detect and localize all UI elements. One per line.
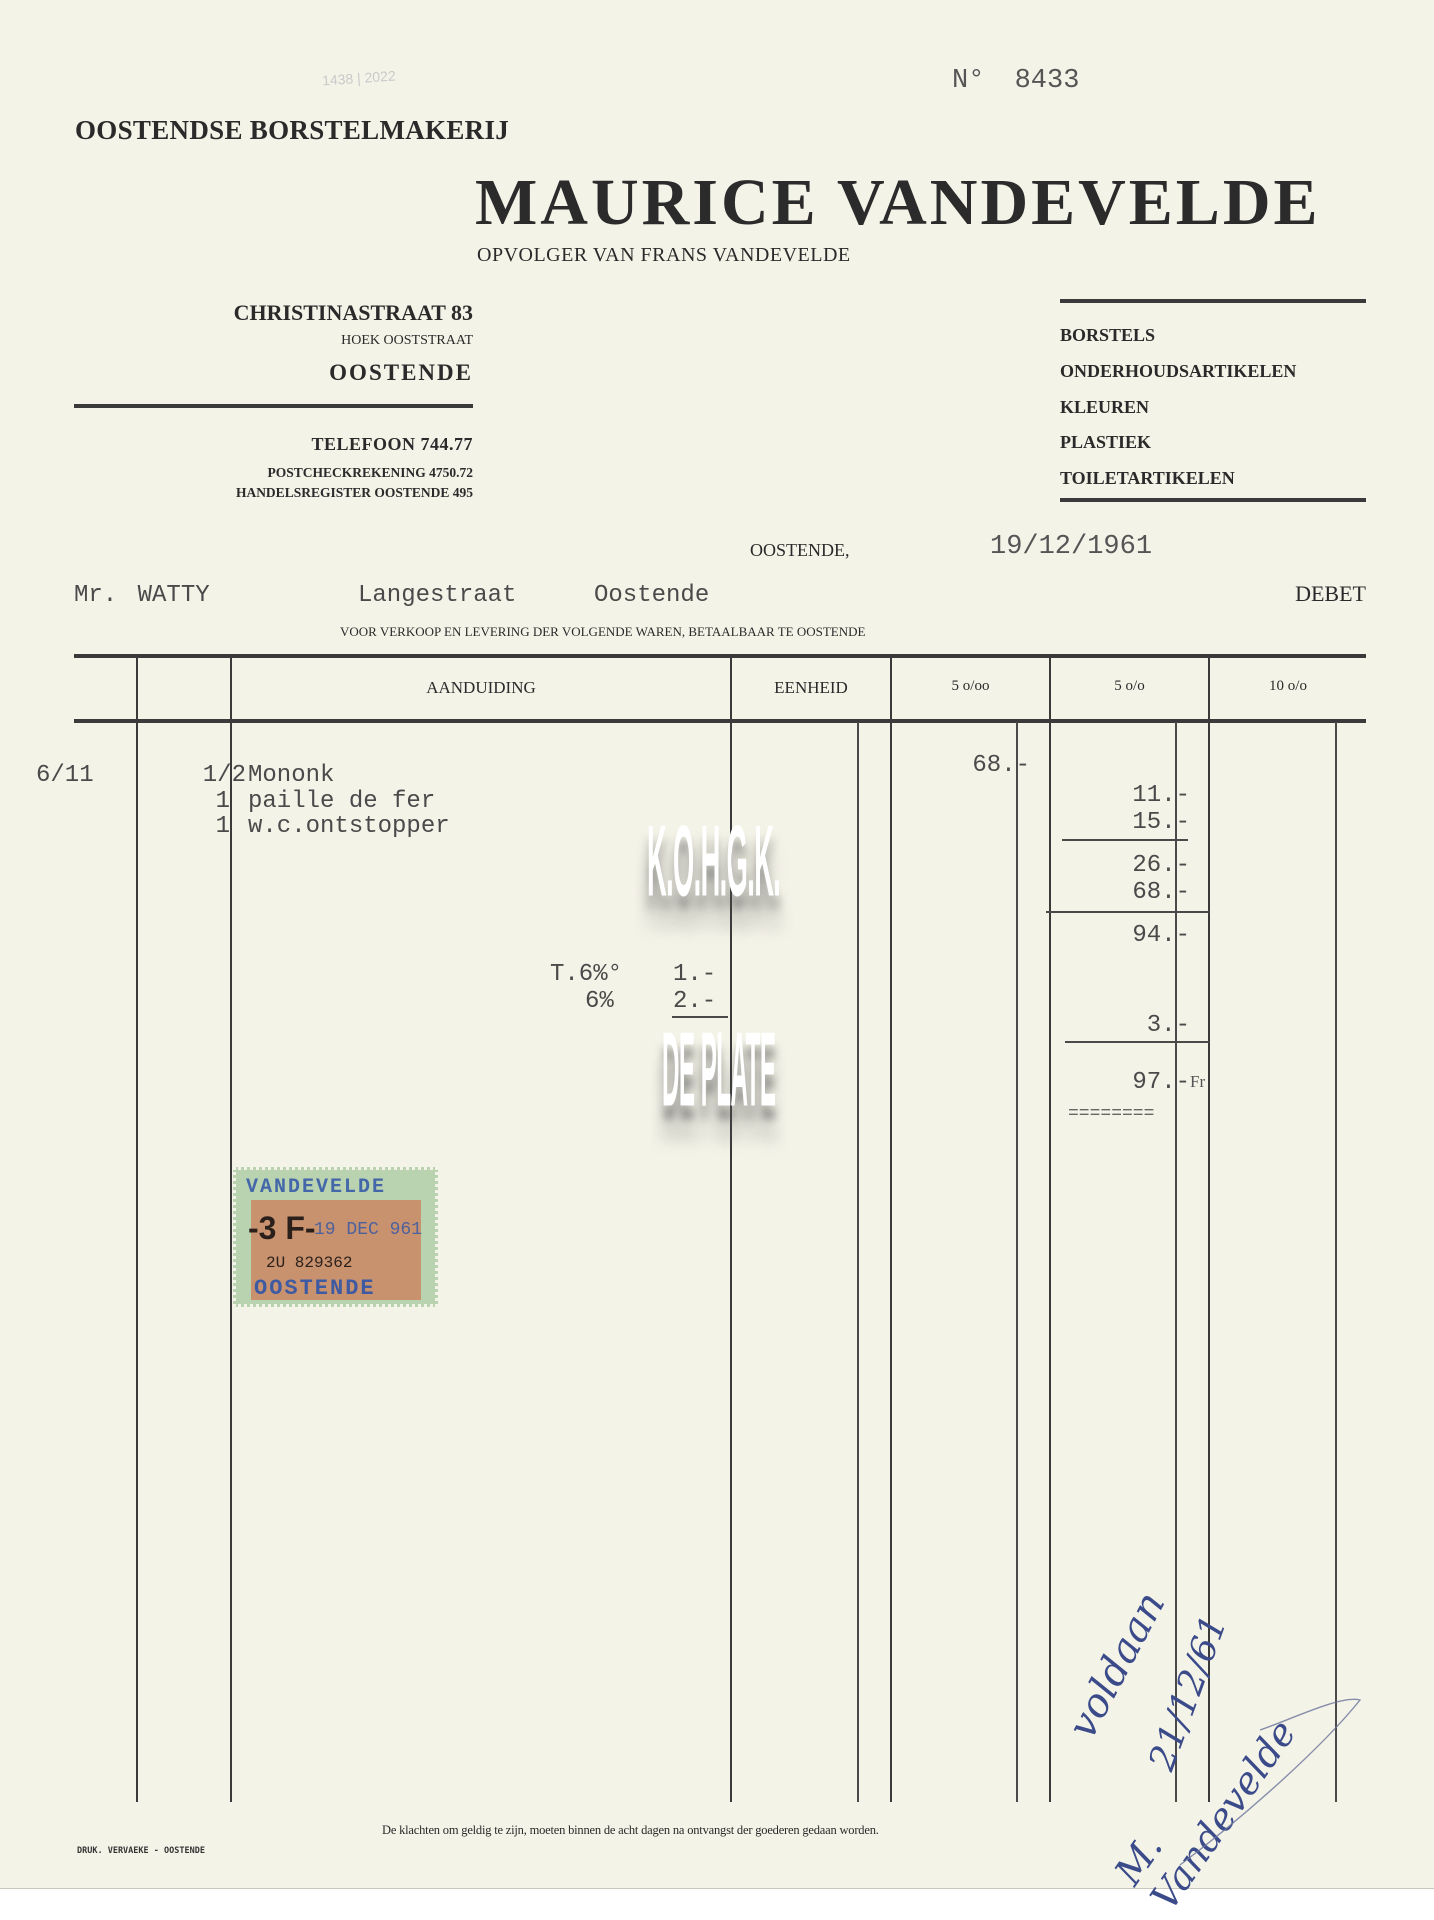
successor-line: OPVOLGER VAN FRANS VANDEVELDE xyxy=(477,244,851,267)
column-divider xyxy=(136,656,138,1802)
invoice-date: 19/12/1961 xyxy=(990,532,1152,562)
tax-total: 3.- xyxy=(1060,1012,1190,1039)
cents-divider xyxy=(1016,722,1018,1802)
customer-line: Mr. WATTY xyxy=(74,582,210,609)
header-aanduiding: AANDUIDING xyxy=(232,678,730,698)
double-rule: ======== xyxy=(1068,1104,1154,1124)
product-lines: BORSTELS ONDERHOUDSARTIKELEN KLEUREN PLA… xyxy=(1060,318,1296,497)
invoice-number-prefix: N° xyxy=(952,66,984,96)
tax-label: 6% xyxy=(585,988,614,1015)
tax-stamp: VANDEVELDE -3 F- 19 DEC 961 2U 829362 OO… xyxy=(233,1167,438,1307)
column-divider xyxy=(890,656,892,1802)
contact-trade-register: HANDELSREGISTER OOSTENDE 495 xyxy=(73,485,473,501)
table-header-rule xyxy=(74,719,1366,723)
column-divider xyxy=(230,656,232,1802)
item-qty: 1 xyxy=(150,788,230,815)
complaints-note: De klachten om geldig te zijn, moeten bi… xyxy=(382,1823,879,1838)
printer-credit: DRUK. VERVAEKE - OOSTENDE xyxy=(77,1846,205,1856)
debet-label: DEBET xyxy=(1166,581,1366,607)
product-line: ONDERHOUDSARTIKELEN xyxy=(1060,354,1296,390)
carried-amount: 68.- xyxy=(1060,879,1190,906)
amount-5-percent: 15.- xyxy=(1060,809,1190,836)
tax-label: T.6%° xyxy=(550,961,622,988)
signature-flourish xyxy=(1150,1680,1370,1870)
header-eenheid: EENHEID xyxy=(732,678,890,698)
sum-rule xyxy=(1046,911,1209,913)
subtotal-amount: 26.- xyxy=(1060,852,1190,879)
company-tagline: OOSTENDSE BORSTELMAKERIJ xyxy=(75,115,509,146)
table-top-rule xyxy=(74,654,1366,658)
total-before-tax: 94.- xyxy=(1060,922,1190,949)
item-qty: 1/2 xyxy=(150,762,246,789)
item-description: Mononk xyxy=(248,762,334,789)
product-line: KLEUREN xyxy=(1060,390,1296,426)
customer-city: Oostende xyxy=(594,582,709,609)
invoice-number-value: 8433 xyxy=(1015,66,1080,96)
customer-title: Mr. xyxy=(74,582,117,609)
products-top-rule xyxy=(1060,299,1366,303)
watermark-line1: K.O.H.G.K. xyxy=(647,806,780,921)
grand-total-rule xyxy=(1065,1041,1209,1043)
stamp-cancel-city: OOSTENDE xyxy=(254,1276,376,1301)
amount-5-percent: 11.- xyxy=(1060,782,1190,809)
stamp-value: -3 F- xyxy=(248,1210,316,1247)
currency-label: Fr xyxy=(1190,1072,1205,1092)
product-line: BORSTELS xyxy=(1060,318,1296,354)
watermark-line2: DE PLATE xyxy=(662,1012,775,1132)
item-qty: 1 xyxy=(150,813,230,840)
terms-line: VOOR VERKOOP EN LEVERING DER VOLGENDE WA… xyxy=(340,624,865,640)
tax-value: 2.- xyxy=(673,988,716,1015)
invoice-number: N° 8433 xyxy=(952,66,1079,96)
place-label: OOSTENDE, xyxy=(750,540,850,561)
entry-date: 6/11 xyxy=(36,762,94,789)
address-city: OOSTENDE xyxy=(73,360,473,386)
stamp-cancel-top: VANDEVELDE xyxy=(246,1176,386,1199)
address-divider xyxy=(74,404,473,408)
item-description: paille de fer xyxy=(248,788,435,815)
pencil-note: 1438 | 2022 xyxy=(322,67,397,88)
stamp-serial: 2U 829362 xyxy=(266,1254,352,1272)
column-divider xyxy=(1049,656,1051,1802)
amount-5-permille: 68.- xyxy=(900,752,1030,779)
contact-postcheck: POSTCHECKREKENING 4750.72 xyxy=(73,465,473,481)
products-bottom-rule xyxy=(1060,498,1366,502)
tax-value: 1.- xyxy=(673,961,716,988)
stamp-cancel-date: 19 DEC 961 xyxy=(314,1220,422,1240)
header-5-percent: 5 o/o xyxy=(1051,678,1208,695)
invoice-paper: N° 8433 1438 | 2022 OOSTENDSE BORSTELMAK… xyxy=(0,0,1434,1889)
customer-street: Langestraat xyxy=(358,582,516,609)
subtotal-rule xyxy=(1062,839,1188,841)
cents-divider xyxy=(857,722,859,1802)
customer-name: WATTY xyxy=(138,582,210,609)
address-street: CHRISTINASTRAAT 83 xyxy=(73,300,473,326)
address-corner: HOEK OOSTSTRAAT xyxy=(73,333,473,349)
product-line: TOILETARTIKELEN xyxy=(1060,461,1296,497)
cents-divider xyxy=(1335,722,1337,1802)
grand-total: 97.- xyxy=(1060,1069,1190,1096)
header-5-permille: 5 o/oo xyxy=(892,678,1049,695)
contact-phone: TELEFOON 744.77 xyxy=(73,434,473,455)
header-10-percent: 10 o/o xyxy=(1210,678,1366,695)
company-name: MAURICE VANDEVELDE xyxy=(475,165,1321,241)
product-line: PLASTIEK xyxy=(1060,425,1296,461)
item-description: w.c.ontstopper xyxy=(248,813,450,840)
